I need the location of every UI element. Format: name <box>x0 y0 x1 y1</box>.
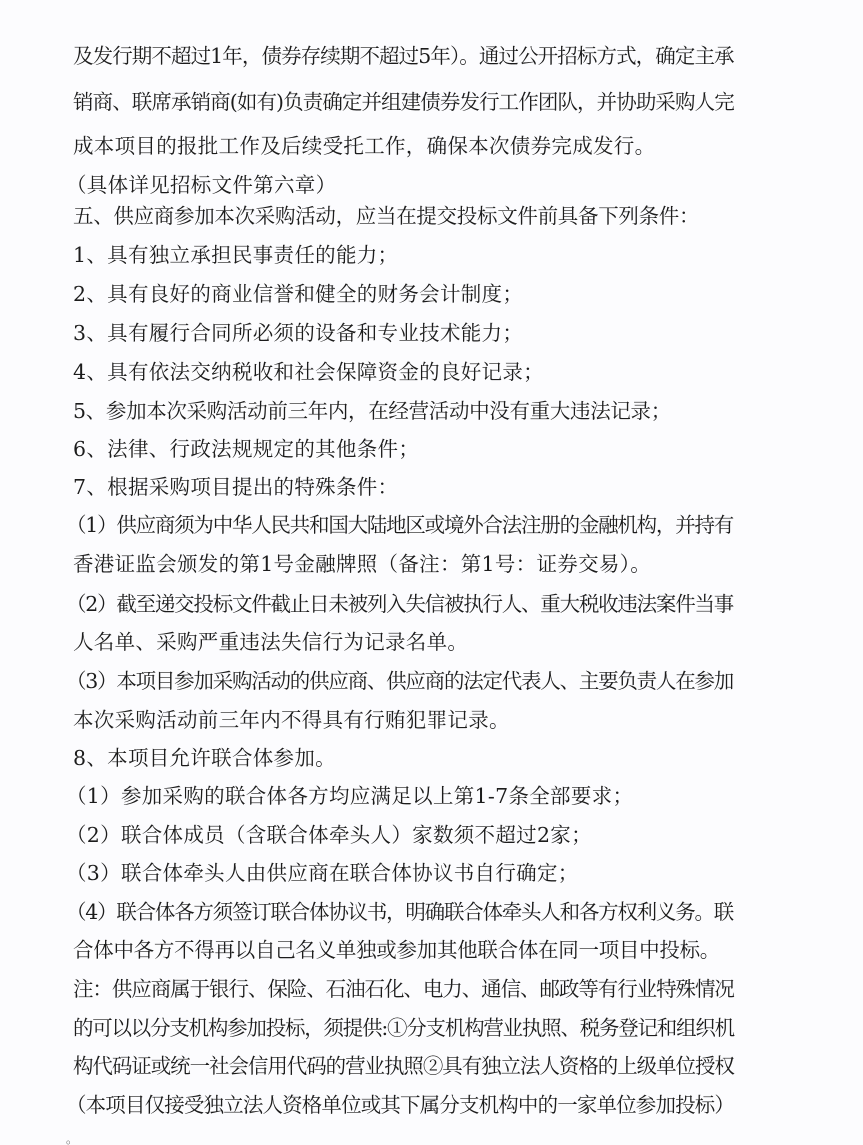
document-text-line: （2）联合体成员（含联合体牵头人）家数须不超过2家； <box>66 820 746 850</box>
document-text-line: 本次采购活动前三年内不得具有行贿犯罪记录。 <box>73 705 753 735</box>
document-text-line: （2）截至递交投标文件截止日未被列入失信被执行人、重大税收违法案件当事 <box>66 589 746 619</box>
document-text-line: （3）联合体牵头人由供应商在联合体协议书自行确定； <box>66 858 746 888</box>
document-text-line: （1）参加采购的联合体各方均应满足以上第1-7条全部要求； <box>66 781 746 811</box>
document-page: 及发行期不超过1年，债券存续期不超过5年）。通过公开招标方式，确定主承销商、联席… <box>0 0 863 1145</box>
document-text-line: （本项目仅接受独立法人资格单位或其下属分支机构中的一家单位参加投标） <box>66 1090 746 1120</box>
document-text-line: （4）联合体各方须签订联合体协议书，明确联合体牵头人和各方权利义务。联 <box>66 897 746 927</box>
document-text-line: 7、根据采购项目提出的特殊条件： <box>73 472 753 502</box>
document-text-line: 8、本项目允许联合体参加。 <box>73 743 753 773</box>
document-text-line: 3、具有履行合同所必须的设备和专业技术能力； <box>73 318 753 348</box>
document-text-line: 销商、联席承销商(如有)负责确定并组建债券发行工作团队，并协助采购人完 <box>73 87 753 117</box>
document-text-line: 5、参加本次采购活动前三年内，在经营活动中没有重大违法记录； <box>73 396 753 426</box>
document-text-line: （具体详见招标文件第六章） <box>66 170 746 200</box>
document-text-line: 五、供应商参加本次采购活动，应当在提交投标文件前具备下列条件： <box>73 201 753 231</box>
document-text-line: 合体中各方不得再以自己名义单独或参加其他联合体在同一项目中投标。 <box>73 935 753 965</box>
document-text-line: 1、具有独立承担民事责任的能力； <box>73 240 753 270</box>
document-text-line: 人名单、采购严重违法失信行为记录名单。 <box>73 627 753 657</box>
document-text-line: （3）本项目参加采购活动的供应商、供应商的法定代表人、主要负责人在参加 <box>66 666 746 696</box>
document-text-line: 6、法律、行政法规规定的其他条件； <box>73 434 753 464</box>
document-text-line: 4、具有依法交纳税收和社会保障资金的良好记录； <box>73 357 753 387</box>
document-text-line: （1）供应商须为中华人民共和国大陆地区或境外合法注册的金融机构，并持有 <box>66 510 746 540</box>
document-text-line: 注：供应商属于银行、保险、石油石化、电力、通信、邮政等有行业特殊情况 <box>73 974 753 1004</box>
document-text-line: 的可以以分支机构参加投标，须提供:①分支机构营业执照、税务登记和组织机 <box>73 1013 753 1043</box>
document-text-line: 及发行期不超过1年，债券存续期不超过5年）。通过公开招标方式，确定主承 <box>73 41 753 71</box>
trailing-period-mark: 。 <box>66 1133 78 1145</box>
document-text-line: 成本项目的报批工作及后续受托工作，确保本次债券完成发行。 <box>73 131 753 161</box>
document-text-line: 2、具有良好的商业信誉和健全的财务会计制度； <box>73 279 753 309</box>
document-text-line: 香港证监会颁发的第1号金融牌照（备注：第1号：证券交易）。 <box>73 549 753 579</box>
document-text-line: 构代码证或统一社会信用代码的营业执照②具有独立法人资格的上级单位授权 <box>73 1051 753 1081</box>
